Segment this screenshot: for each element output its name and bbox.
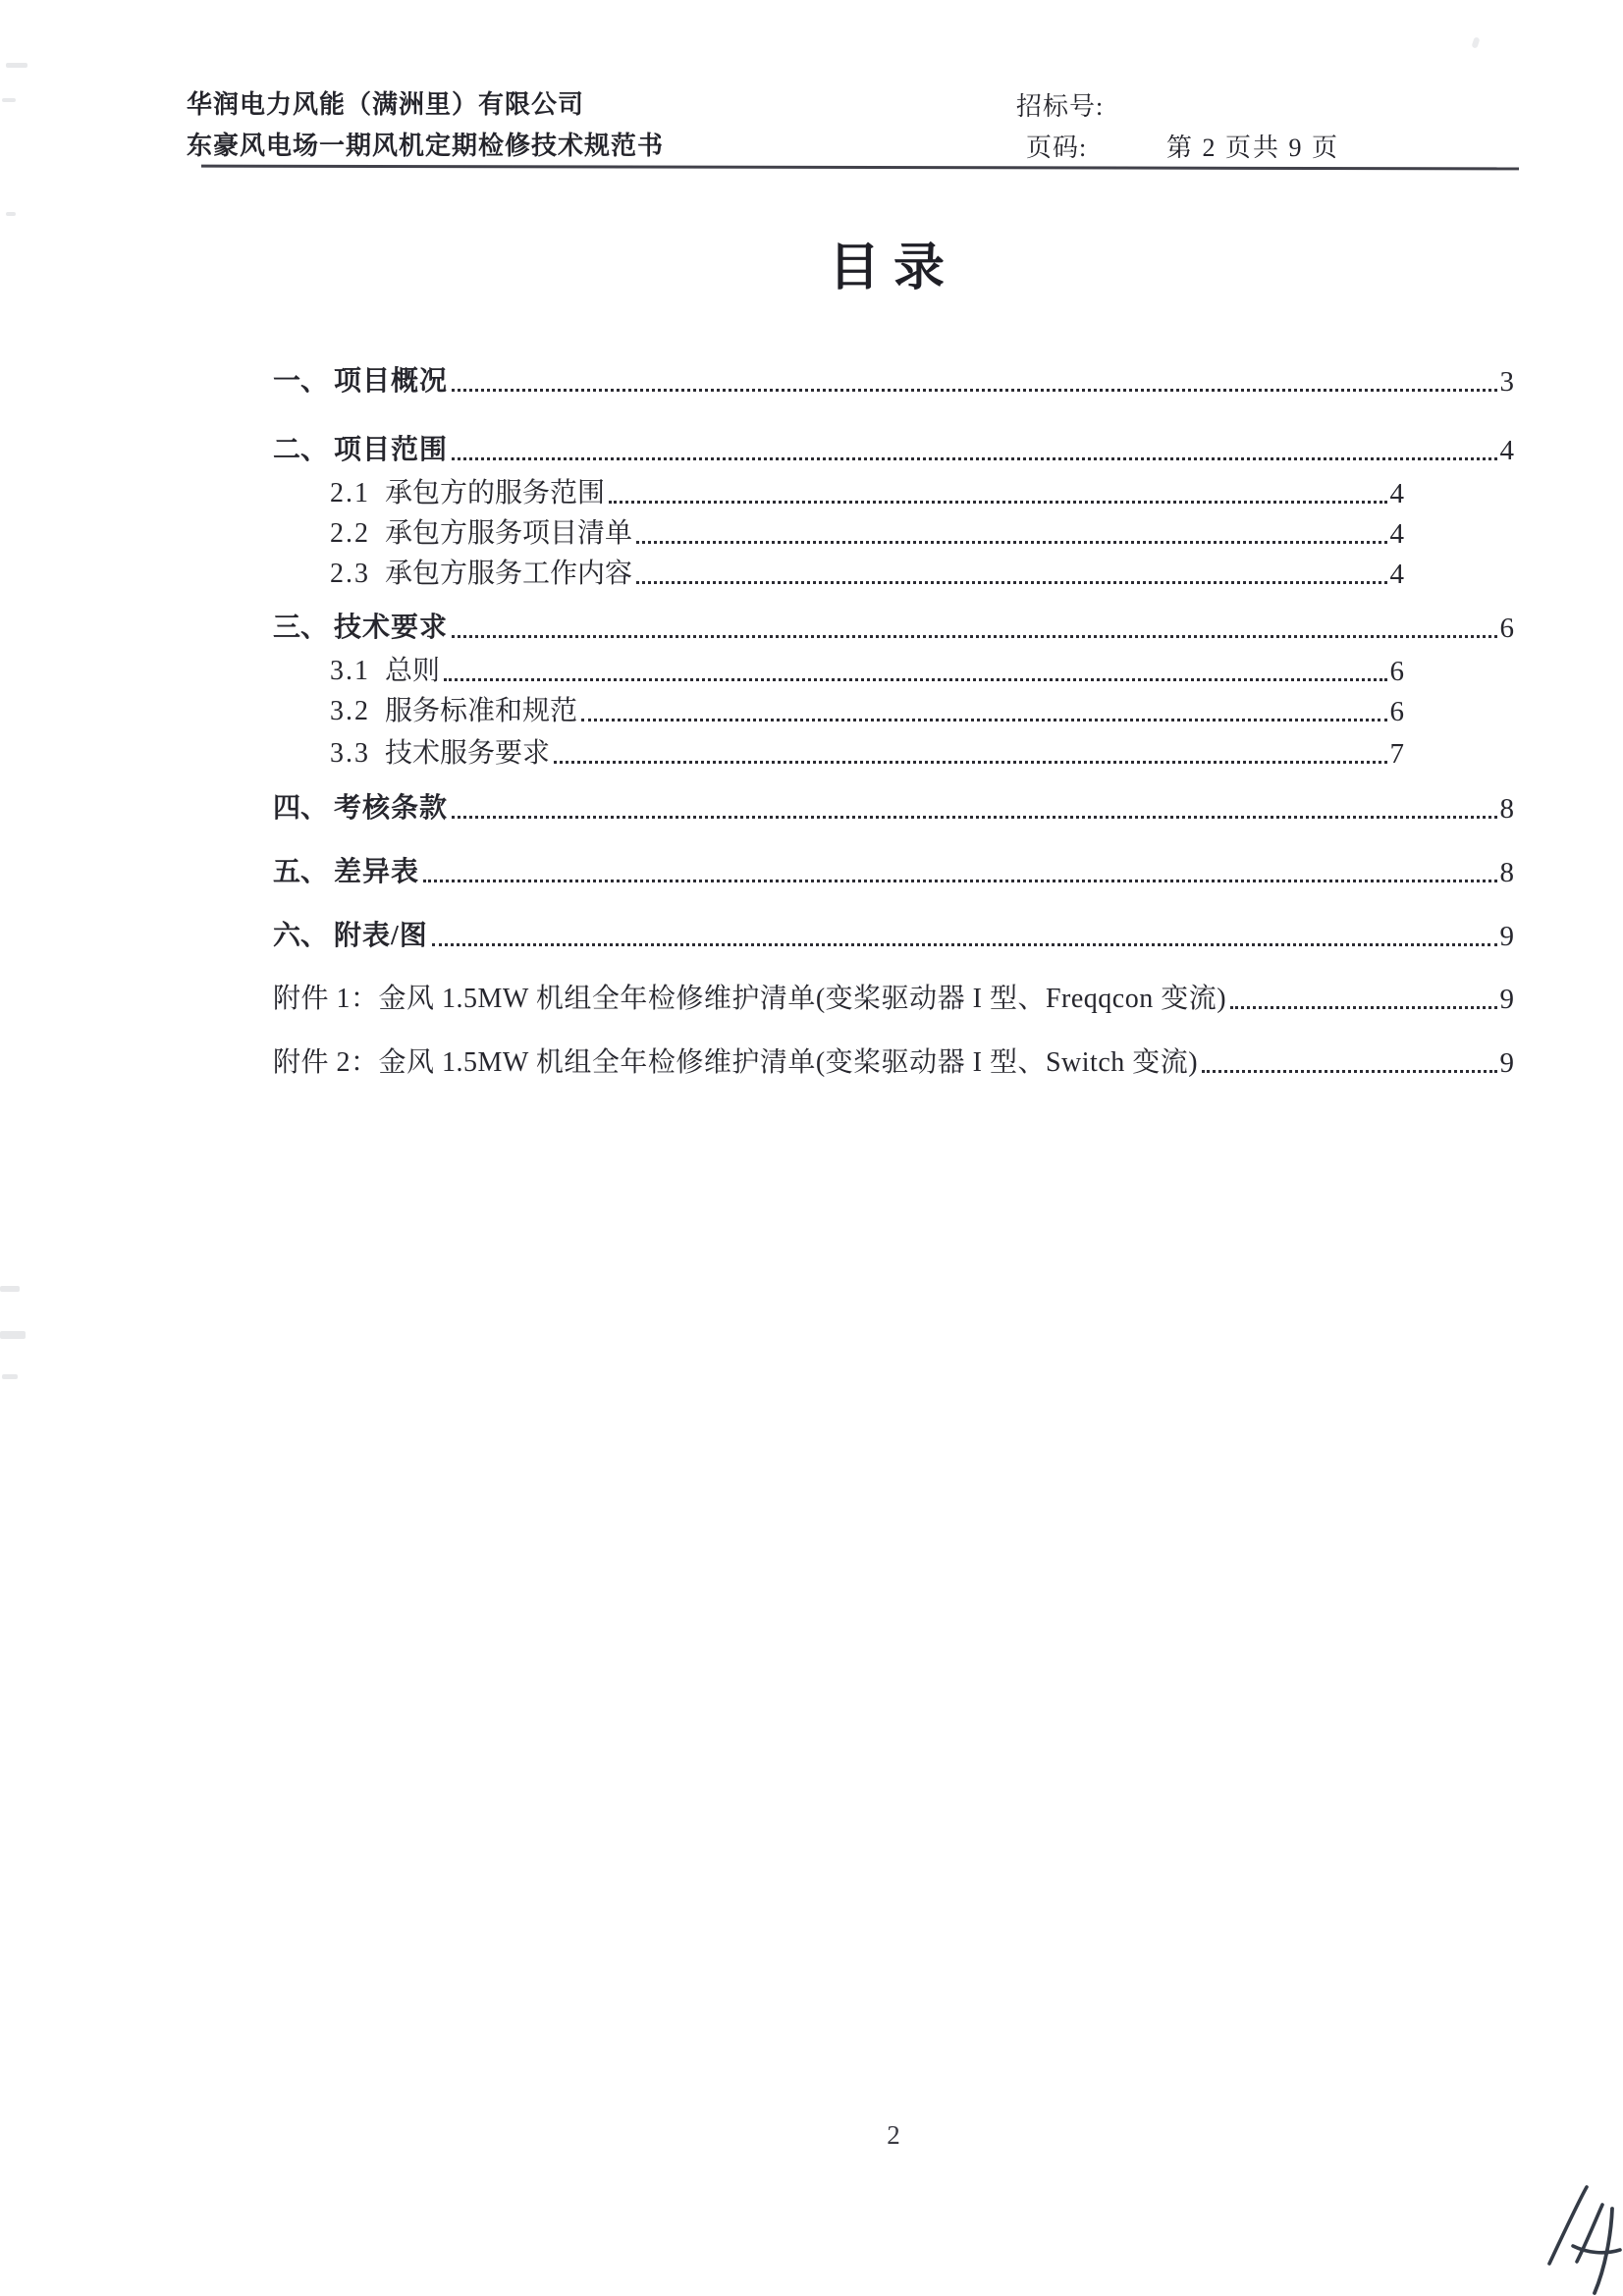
toc-entry-number: 3.2 <box>330 694 385 729</box>
toc-entry-page: 9 <box>1500 919 1515 954</box>
handwritten-mark <box>1528 2181 1623 2296</box>
toc-entry-label: 项目范围 <box>334 433 448 468</box>
toc-entry-label: 技术要求 <box>334 611 448 646</box>
toc-entry-label: 差异表 <box>334 855 419 890</box>
toc-entry: 3.1 总则 6 <box>330 654 1404 689</box>
toc-entry: 一、 项目概况 3 <box>273 364 1514 400</box>
toc-entry-page: 7 <box>1390 736 1405 772</box>
dot-leader <box>1230 1006 1496 1009</box>
toc-entry-label: 总则 <box>385 654 440 689</box>
dot-leader <box>554 761 1386 764</box>
toc-entry-label: 附表/图 <box>334 919 428 954</box>
scan-artifact <box>0 1286 20 1292</box>
toc-entry: 附件 1：金风 1.5MW 机组全年检修维护清单(变桨驱动器 I 型、Freqq… <box>273 982 1514 1017</box>
toc-entry-number: 三、 <box>273 611 334 646</box>
toc-entry-number: 2.3 <box>330 557 385 592</box>
toc-entry-number: 一、 <box>273 364 334 400</box>
toc-entry-number: 3.3 <box>330 736 385 772</box>
dot-leader <box>636 541 1386 544</box>
toc-entry-page: 6 <box>1390 694 1405 729</box>
toc-entry: 2.2 承包方服务项目清单 4 <box>330 516 1404 552</box>
toc-entry: 附件 2：金风 1.5MW 机组全年检修维护清单(变桨驱动器 I 型、Switc… <box>273 1045 1514 1081</box>
toc-entry-label: 服务标准和规范 <box>385 694 577 729</box>
dot-leader <box>581 719 1386 721</box>
dot-leader <box>452 389 1496 392</box>
toc-entry: 五、 差异表 8 <box>273 855 1514 890</box>
scanned-document-page: 华润电力风能（满洲里）有限公司 东豪风电场一期风机定期检修技术规范书 招标号: … <box>0 0 1623 2296</box>
toc-entry-number: 2.1 <box>330 476 385 511</box>
scan-artifact <box>0 1331 26 1339</box>
footer-page-number: 2 <box>815 2120 972 2151</box>
toc-entry: 2.3 承包方服务工作内容 4 <box>330 557 1404 592</box>
toc-entry-page: 4 <box>1390 476 1405 511</box>
toc-entry-label: 技术服务要求 <box>385 736 550 772</box>
toc-entry: 六、 附表/图 9 <box>273 919 1514 954</box>
toc-entry-number: 2.2 <box>330 516 385 552</box>
toc-entry-label: 项目概况 <box>334 364 448 400</box>
toc-entry-label: 附件 1：金风 1.5MW 机组全年检修维护清单(变桨驱动器 I 型、Freqq… <box>273 982 1226 1017</box>
toc-entry-page: 3 <box>1500 364 1515 400</box>
toc-entry: 二、 项目范围 4 <box>273 433 1514 468</box>
toc-entry-number: 六、 <box>273 919 334 954</box>
toc-entry: 3.3 技术服务要求 7 <box>330 736 1404 772</box>
dot-leader <box>1202 1070 1496 1073</box>
toc-entry-page: 9 <box>1500 1045 1515 1081</box>
scan-artifact <box>6 212 16 216</box>
dot-leader <box>452 457 1496 460</box>
toc-entry-number: 3.1 <box>330 654 385 689</box>
dot-leader <box>452 816 1496 819</box>
toc-entry: 四、 考核条款 8 <box>273 791 1514 827</box>
toc-entry-page: 9 <box>1500 982 1515 1017</box>
toc-entry-label: 承包方服务工作内容 <box>385 557 632 592</box>
toc-entry-label: 承包方服务项目清单 <box>385 516 632 552</box>
toc-entry-label: 承包方的服务范围 <box>385 476 605 511</box>
scan-artifact <box>2 1374 18 1379</box>
toc-list: 一、 项目概况 3 二、 项目范围 4 2.1 承包方的服务范围 4 2.2 承… <box>273 0 1514 1178</box>
dot-leader <box>636 581 1386 584</box>
scan-artifact <box>6 63 27 68</box>
dot-leader <box>452 635 1496 638</box>
toc-entry-page: 4 <box>1390 557 1405 592</box>
toc-entry-page: 6 <box>1500 611 1515 646</box>
toc-entry-page: 6 <box>1390 654 1405 689</box>
dot-leader <box>609 501 1386 504</box>
toc-entry-number: 五、 <box>273 855 334 890</box>
toc-entry: 3.2 服务标准和规范 6 <box>330 694 1404 729</box>
toc-entry: 2.1 承包方的服务范围 4 <box>330 476 1404 511</box>
toc-entry: 三、 技术要求 6 <box>273 611 1514 646</box>
dot-leader <box>423 880 1496 882</box>
toc-entry-number: 二、 <box>273 433 334 468</box>
toc-entry-number: 四、 <box>273 791 334 827</box>
toc-entry-label: 考核条款 <box>334 791 448 827</box>
toc-entry-page: 4 <box>1500 433 1515 468</box>
toc-entry-page: 8 <box>1500 855 1515 890</box>
toc-entry-label: 附件 2：金风 1.5MW 机组全年检修维护清单(变桨驱动器 I 型、Switc… <box>273 1045 1198 1081</box>
scan-artifact <box>2 98 16 102</box>
dot-leader <box>432 943 1497 946</box>
toc-entry-page: 4 <box>1390 516 1405 552</box>
dot-leader <box>444 678 1386 681</box>
toc-entry-page: 8 <box>1500 791 1515 827</box>
